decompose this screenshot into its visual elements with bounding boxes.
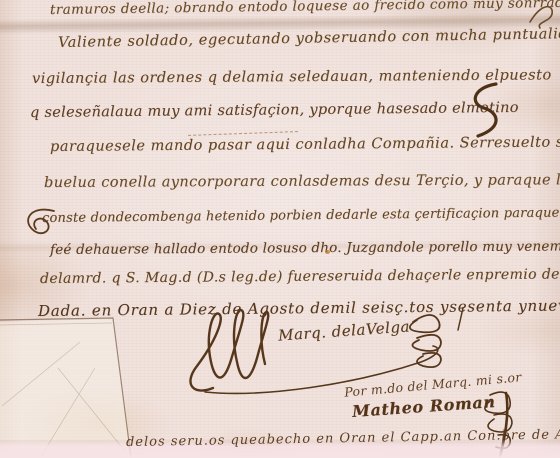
manuscript-line: conste dondecombenga hetenido porbien de… — [42, 205, 560, 226]
s-flourish-icon — [462, 80, 508, 142]
manuscript-line: q seleseñalaua muy ami satisfaçion, ypor… — [30, 100, 519, 121]
ink-blot — [325, 250, 330, 254]
ink-dash-underline — [188, 128, 298, 136]
manuscript-line: delamrd. q S. Mag.d (D.s leg.de) fuerese… — [40, 266, 560, 287]
manuscript-line: Valiente soldado, egecutando yobseruando… — [58, 25, 560, 51]
manuscript-line: tramuros deella; obrando entodo loquese … — [50, 0, 560, 18]
manuscript-line: feé dehauerse hallado entodo losuso dho.… — [50, 238, 560, 258]
manuscript-line: buelua conella ayncorporara conlasdemas … — [44, 172, 560, 191]
paragraph-spiral-icon — [20, 205, 60, 247]
manuscript-page: tramuros deella; obrando entodo loquese … — [0, 0, 560, 458]
rubric-flourish-icon — [470, 385, 520, 458]
line-end-flourish-icon — [524, 0, 560, 30]
